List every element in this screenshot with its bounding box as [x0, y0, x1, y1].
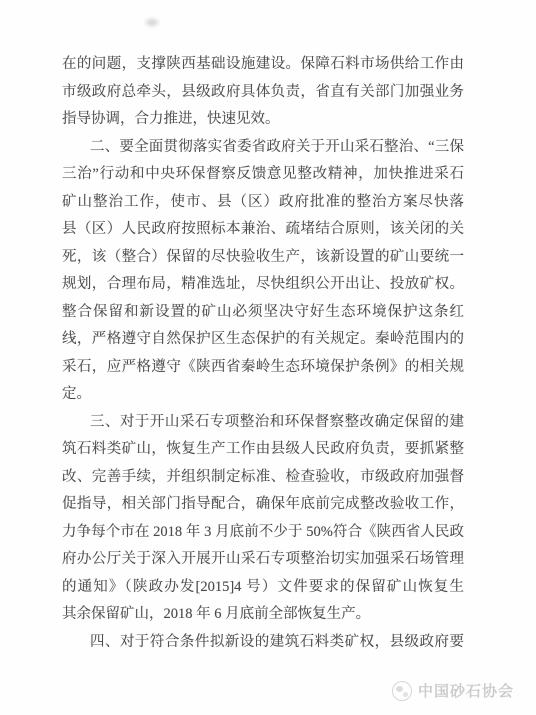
text-line: 线，严格遵守自然保护区生态保护的有关规定。秦岭范围内的	[62, 326, 464, 354]
scanned-document-page: 在的问题，支撑陕西基础设施建设。保障石料市场供给工作由市级政府总牵头，县级政府具…	[0, 0, 536, 715]
text-line: 府办公厅关于深入开展开山采石专项整治切实加强采石场管理	[62, 546, 464, 574]
document-text: 在的问题，支撑陕西基础设施建设。保障石料市场供给工作由市级政府总牵头，县级政府具…	[62, 51, 464, 656]
watermark-label: 中国砂石协会	[418, 680, 514, 701]
text-line: 整合保留和新设置的矿山必须坚决守好生态环境保护这条红	[62, 299, 464, 327]
text-line: 指导协调，合力推进，快速见效。	[62, 106, 464, 134]
text-line: 筑石料类矿山，恢复生产工作由县级人民政府负责，要抓紧整	[62, 436, 464, 464]
text-line: 市级政府总牵头，县级政府具体负责，省直有关部门加强业务	[62, 79, 464, 107]
text-line: 定。	[62, 381, 464, 409]
text-line: 在的问题，支撑陕西基础设施建设。保障石料市场供给工作由	[62, 51, 464, 79]
text-line: 力争每个市在 2018 年 3 月底前不少于 50%符合《陕西省人民政	[62, 519, 464, 547]
scan-smudge	[144, 17, 160, 28]
watermark: 中国砂石协会	[392, 680, 514, 701]
text-line: 的通知》（陕政办发[2015]4 号）文件要求的保留矿山恢复生产。	[62, 574, 464, 602]
text-line: 二、要全面贯彻落实省委省政府关于开山采石整治、“三保	[62, 134, 464, 162]
text-line: 促指导，相关部门指导配合，确保年底前完成整改验收工作，	[62, 491, 464, 519]
text-line: 县（区）人民政府按照标本兼治、疏堵结合原则，该关闭的关	[62, 216, 464, 244]
text-line: 三、对于开山采石专项整治和环保督察整改确定保留的建	[62, 409, 464, 437]
text-line: 其余保留矿山，2018 年 6 月底前全部恢复生产。	[62, 601, 464, 629]
text-line: 采石，应严格遵守《陕西省秦岭生态环境保护条例》的相关规	[62, 354, 464, 382]
text-line: 规划，合理布局，精准选址，尽快组织公开出让、投放矿权。	[62, 271, 464, 299]
text-line: 改、完善手续，并组织制定标准、检查验收，市级政府加强督	[62, 464, 464, 492]
text-line: 死，该（整合）保留的尽快验收生产，该新设置的矿山要统一	[62, 244, 464, 272]
text-line: 四、对于符合条件拟新设的建筑石料类矿权，县级政府要	[62, 629, 464, 657]
text-line: 矿山整治工作，使市、县（区）政府批准的整治方案尽快落地，	[62, 189, 464, 217]
text-line: 三治”行动和中央环保督察反馈意见整改精神，加快推进采石	[62, 161, 464, 189]
association-logo-icon	[392, 681, 412, 701]
